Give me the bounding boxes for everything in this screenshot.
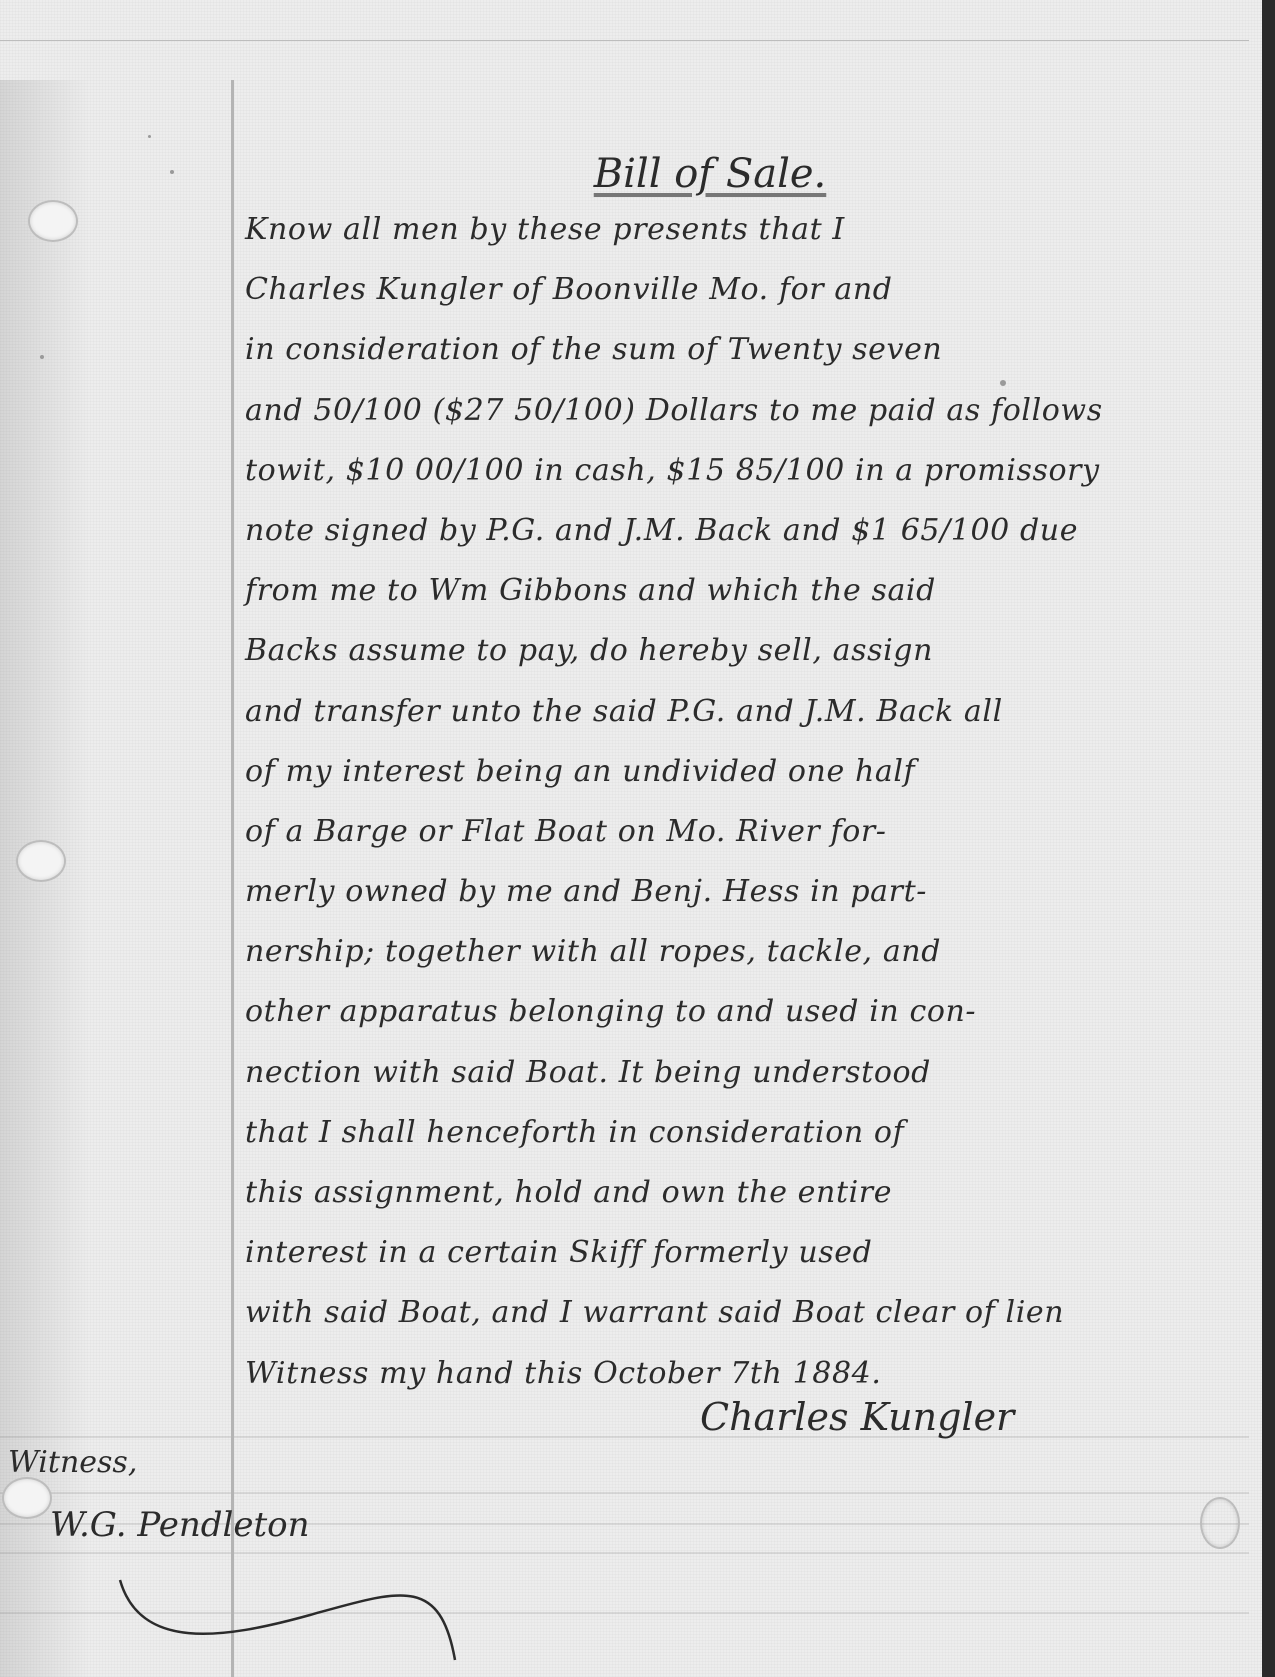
punch-hole-top bbox=[28, 200, 78, 242]
punch-hole-middle bbox=[16, 840, 66, 882]
scan-edge bbox=[1262, 0, 1275, 1677]
witness-label: Witness, bbox=[8, 1445, 137, 1480]
ruled-line bbox=[0, 1492, 1249, 1494]
body-line: Backs assume to pay, do hereby sell, ass… bbox=[245, 621, 1235, 681]
punch-hole-right bbox=[1200, 1497, 1240, 1549]
body-line: note signed by P.G. and J.M. Back and $1… bbox=[245, 501, 1235, 561]
ink-speck bbox=[148, 135, 151, 138]
body-line: of a Barge or Flat Boat on Mo. River for… bbox=[245, 802, 1235, 862]
body-line: this assignment, hold and own the entire bbox=[245, 1163, 1235, 1223]
body-line: Know all men by these presents that I bbox=[245, 200, 1235, 260]
body-line: and transfer unto the said P.G. and J.M.… bbox=[245, 682, 1235, 742]
body-line: and 50/100 ($27 50/100) Dollars to me pa… bbox=[245, 381, 1235, 441]
ink-speck bbox=[170, 170, 174, 174]
ruled-line bbox=[0, 1436, 1249, 1438]
punch-hole-bottom bbox=[2, 1477, 52, 1519]
body-line: with said Boat, and I warrant said Boat … bbox=[245, 1283, 1235, 1343]
document-title: Bill of Sale. bbox=[185, 148, 1235, 200]
body-line: merly owned by me and Benj. Hess in part… bbox=[245, 862, 1235, 922]
signature-flourish bbox=[40, 1560, 460, 1670]
body-line: towit, $10 00/100 in cash, $15 85/100 in… bbox=[245, 441, 1235, 501]
seller-signature: Charles Kungler bbox=[700, 1395, 1014, 1439]
body-line: that I shall henceforth in consideration… bbox=[245, 1103, 1235, 1163]
top-rule bbox=[0, 40, 1249, 41]
body-line: interest in a certain Skiff formerly use… bbox=[245, 1223, 1235, 1283]
ruled-line bbox=[0, 1552, 1249, 1554]
margin-line bbox=[231, 80, 234, 1677]
body-line: in consideration of the sum of Twenty se… bbox=[245, 320, 1235, 380]
paper-page: Bill of Sale. Know all men by these pres… bbox=[0, 0, 1262, 1677]
witness-signature: W.G. Pendleton bbox=[50, 1505, 310, 1545]
body-line: other apparatus belonging to and used in… bbox=[245, 982, 1235, 1042]
body-line: nership; together with all ropes, tackle… bbox=[245, 922, 1235, 982]
body-line: nection with said Boat. It being underst… bbox=[245, 1043, 1235, 1103]
ink-speck bbox=[40, 355, 44, 359]
body-line: of my interest being an undivided one ha… bbox=[245, 742, 1235, 802]
bill-of-sale-text: Bill of Sale. Know all men by these pres… bbox=[245, 148, 1235, 1404]
body-line: Charles Kungler of Boonville Mo. for and bbox=[245, 260, 1235, 320]
body-line: from me to Wm Gibbons and which the said bbox=[245, 561, 1235, 621]
